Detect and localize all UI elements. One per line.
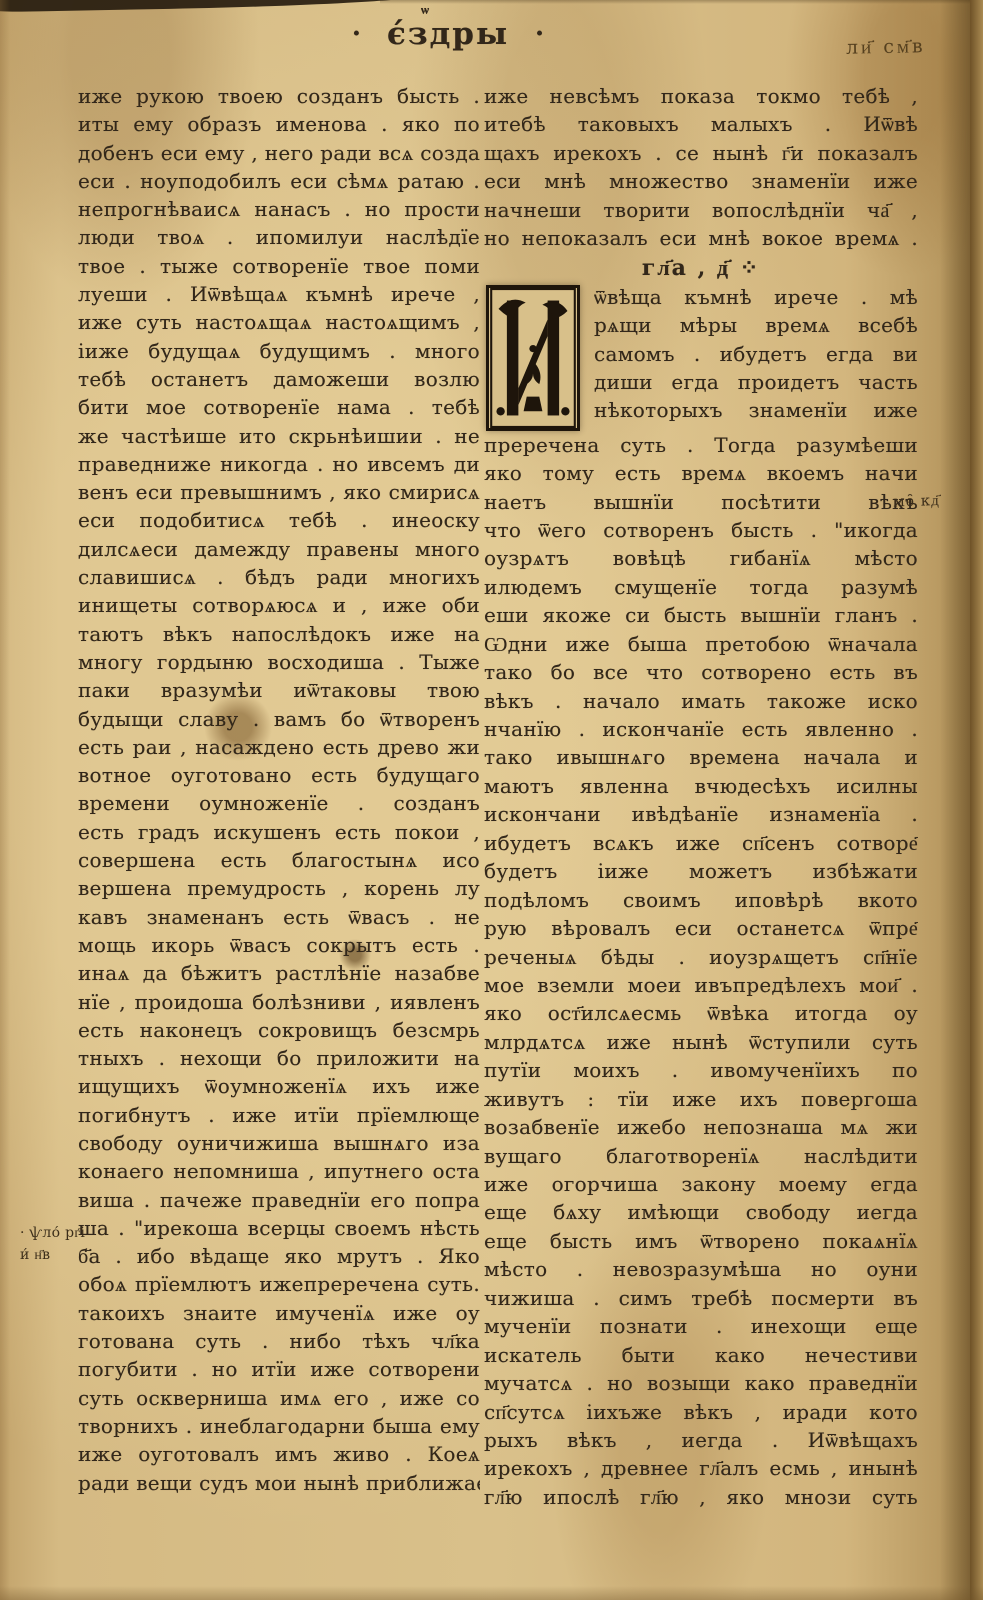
text-line: мое вземли моеи ивъпредѣлехъ мои҃ . [484,971,918,999]
text-line: ирекохъ , древнее гл҃алъ есмь , инынѣ [484,1454,918,1482]
text-line: итебѣ таковыхъ малыхъ . Иѿвѣ [484,110,918,138]
text-line: еще бысть имъ ѿтворено покаѧнїѧ [484,1227,918,1255]
text-line: тебѣ останетъ даможеши возлю [78,365,480,393]
page-title: є́здры [387,16,509,52]
text-line: творнихъ . инеблагодарни быша ему [78,1412,480,1440]
text-line: тако ивышнѧго времена начала и [484,743,918,771]
text-line: совершена есть благостынѧ исо [78,846,480,874]
text-line: будыщи славу . вамъ бо ѿтворенъ [78,705,480,733]
text-line: вотное оуготовано есть будущаго [78,761,480,789]
header-dot-right: · [535,19,544,49]
text-line: венъ еси превышнимъ , яко смирисѧ [78,478,480,506]
text-line: ради вещи судъ мои нынѣ приближаесѧ . [78,1469,480,1497]
margin-note-psalm-reference: · ѱло́ рг҃іи́ н҃в [20,1222,90,1266]
text-line: мученїи познати . инехощи еще [484,1312,918,1340]
text-line: диши егда проидетъ часть [594,368,918,396]
text-line: нчанїю . искончанїе есть явленно . [484,715,918,743]
psalm-reference-lines: · ѱло́ рг҃іи́ н҃в [20,1222,90,1266]
text-line: мучатсѧ . но возыщи како праведнїи [484,1369,918,1397]
margin-note-line: · ѱло́ рг҃і [20,1222,90,1244]
text-line: щахъ ирекохъ . се нынѣ г҃и показалъ [484,139,918,167]
text-line: есть градъ искушенъ есть покои , [78,818,480,846]
text-line: мощь икорь ѿвасъ сокрытъ есть . [78,931,480,959]
text-line: б҃а . ибо вѣдаще яко мрутъ . Яко [78,1242,480,1270]
text-line: паки вразумѣи иѿтаковы твою [78,676,480,704]
text-line: добенъ еси ему , него ради всѧ создалъ [78,139,480,167]
page-edge-left [0,0,10,1600]
text-line: иже огорчиша закону моему егда [484,1170,918,1198]
text-line: реченыѧ бѣды . иоузрѧщетъ сп҃нїе [484,943,918,971]
text-line: еси . ноуподобилъ еси сѣмѧ ратаю . [78,167,480,195]
text-line: ибудетъ всѧкъ иже сп҃сенъ сотворе҃ [484,829,918,857]
text-line: будетъ іиже можетъ избѣжати [484,857,918,885]
text-line: кавъ знаменанъ есть ѿвасъ . не [78,903,480,931]
text-line: свободу оуничижиша вышнѧго иза [78,1129,480,1157]
text-line: ищущихъ ѿоумноженїѧ ихъ иже [78,1072,480,1100]
handwritten-folio-mark: ли҃ см҃в [846,35,926,59]
text-line: инищеты сотворѧюсѧ и , иже оби [78,591,480,619]
text-line: многу гордыню восходиша . Тыже [78,648,480,676]
text-line: преречена суть . Тогда разумѣеши [484,431,918,459]
text-line: виша . пачеже праведнїи его попра [78,1186,480,1214]
text-column-left: иже рукою твоею созданъ бысть .иты ему о… [78,82,480,1497]
text-line: живутъ : тїи иже ихъ повергоша [484,1085,918,1113]
initial-adjacent-lines: ѿвѣща къмнѣ ирече . мѣрѧщи мѣры времѧ вс… [594,283,918,425]
text-line: иже суть настоѧщаѧ настоѧщимъ , [78,308,480,336]
text-line: иже рукою твоею созданъ бысть . [78,82,480,110]
ornate-initial-letter: И [486,285,580,431]
text-line: Ѡдни иже быша претобою ѿначала [484,630,918,658]
text-line: млрдѧтсѧ иже нынѣ ѿступили суть [484,1028,918,1056]
text-line: твое . тыже сотворенїе твое поми [78,252,480,280]
text-line: гл҃ю ипослѣ гл҃ю , яко мнози суть [484,1483,918,1511]
text-line: яко тому есть времѧ вкоемъ начи [484,459,918,487]
text-line: бити мое сотворенїе нама . тебѣ [78,393,480,421]
text-line: вущаго благотворенїѧ наслѣдити [484,1142,918,1170]
text-line: иже оуготовалъ имъ живо . Коеѧ [78,1440,480,1468]
right-column-body-lines: преречена суть . Тогда разумѣешияко тому… [484,431,918,1512]
text-line: возабвенїе ижебо непознаша мѧ жи [484,1113,918,1141]
text-line: іиже будущаѧ будущимъ . много [78,337,480,365]
text-line: тако бо все что сотворено есть въ [484,658,918,686]
text-line: иже невсѣмъ показа токмо тебѣ , [484,82,918,110]
text-line: инаѧ да бѣжитъ растлѣнїе назабве [78,959,480,987]
text-line: готована суть . нибо тѣхъ чл҃ка [78,1327,480,1355]
page-edge-right-shadow [940,0,970,1600]
text-line: еси подобитисѧ тебѣ . инеоску [78,506,480,534]
left-column-lines: иже рукою твоею созданъ бысть .иты ему о… [78,82,480,1497]
text-line: оузрѧтъ вовѣцѣ гибанїѧ мѣсто [484,544,918,572]
text-line: иты ему образъ именова . яко по [78,110,480,138]
text-line: есть наконецъ сокровищъ безсмрь [78,1016,480,1044]
page-edge-top-right [380,0,983,4]
text-line: путїи моихъ . ивомученїихъ по [484,1056,918,1084]
text-line: дилсѧеси дамежду правены много [78,535,480,563]
text-line: еще бѧху имѣющи свободу иегда [484,1198,918,1226]
text-line: что ѿего сотворенъ бысть . "икогда [484,516,918,544]
text-line: нѣкоторыхъ знаменїи иже [594,396,918,424]
text-line: наетъ вышнїи посѣтити вѣкъ [484,488,918,516]
text-line: самомъ . ибудетъ егда ви [594,340,918,368]
text-line: еси мнѣ множество знаменїи иже [484,167,918,195]
text-column-right: иже невсѣмъ показа токмо тебѣ ,итебѣ так… [484,82,918,1511]
text-line: обоѧ прїемлютъ ижепреречена суть. [78,1270,480,1298]
text-line: подѣломъ своимъ иповѣрѣ вкото [484,886,918,914]
text-line: есть раи , насаждено есть древо жи [78,733,480,761]
book-page: · є́здры · ли҃ см҃в иже рукою твоею созд… [0,0,983,1600]
text-line: нїе , проидоша болѣзниви , иявленъ [78,988,480,1016]
text-line: ѿвѣща къмнѣ ирече . мѣ [594,283,918,311]
text-line: маютъ явленна вчюдесѣхъ исилны [484,772,918,800]
text-line: погубити . но итїи иже сотворени [78,1355,480,1383]
text-line: славишисѧ . бѣдъ ради многихъ [78,563,480,591]
chapter-heading: гл҃а , д҃ ⁘ [484,253,918,283]
text-line: рыхъ вѣкъ , иегда . Иѿвѣщахъ [484,1426,918,1454]
right-column-intro-lines: иже невсѣмъ показа токмо тебѣ ,итебѣ так… [484,82,918,253]
text-line: вѣкъ . начало имать такоже иско [484,687,918,715]
page-edge-right [970,0,983,1600]
margin-note-line: и́ н҃в [20,1244,90,1266]
text-line: ша . "ирекоша всерцы своемъ нѣсть [78,1214,480,1242]
text-line: рѧщи мѣры времѧ всебѣ [594,311,918,339]
text-line: таютъ вѣкъ напослѣдокъ иже на [78,620,480,648]
chapter-opening: И ѿвѣща къмнѣ ирече . мѣрѧщи мѣры вре [484,283,918,431]
text-line: еши якоже си бысть вышнїи гланъ . [484,601,918,629]
text-line: праведниже никогда . но ивсемъ ди [78,450,480,478]
margin-note-matthew-reference: мѳ̑ кд҃ [893,488,982,511]
text-line: рую вѣровалъ еси останетсѧ ѿпре҃ [484,914,918,942]
text-line: яко ост҃илсѧесмь ѿвѣка итогда оу [484,999,918,1027]
running-header: · є́здры · [318,16,578,52]
text-line: погибнутъ . иже итїи прїемлюще [78,1101,480,1129]
text-line: же частѣише ито скрьнѣишии . не [78,422,480,450]
text-line: тныхъ . нехощи бо приложити на [78,1044,480,1072]
text-line: искончани ивѣдѣанїе изнаменїа . [484,800,918,828]
text-line: такоихъ знаите имученїѧ иже оу [78,1299,480,1327]
text-line: вершена премудрость , корень лу [78,874,480,902]
text-line: чижиша . симъ требѣ посмерти въ [484,1284,918,1312]
text-line: времени оумноженїе . созданъ [78,789,480,817]
text-line: люди твоѧ . ипомилуи наслѣдїе [78,223,480,251]
page-edge-top [0,0,434,12]
text-line: непрогнѣваисѧ нанасъ . но прости [78,195,480,223]
text-line: луеши . Иѿвѣщаѧ къмнѣ ирече , [78,280,480,308]
text-line: илюдемъ смущенїе тогда разумѣ [484,573,918,601]
text-line: сп҃сутсѧ іихъже вѣкъ , иради кото [484,1398,918,1426]
header-dot-left: · [352,19,361,49]
woodcut-initial-icon [489,288,577,428]
text-line: суть оскверниша имѧ его , иже со [78,1384,480,1412]
text-line: начнеши творити вопослѣднїи ча҃ , [484,196,918,224]
text-line: мѣсто . невозразумѣша но оуни [484,1255,918,1283]
text-line: но непоказалъ еси мнѣ вокое времѧ . [484,224,918,252]
text-line: искатель быти како нечестиви [484,1341,918,1369]
page-edge-bottom [0,1586,983,1600]
text-line: конаего непомниша , ипутнего оста [78,1157,480,1185]
